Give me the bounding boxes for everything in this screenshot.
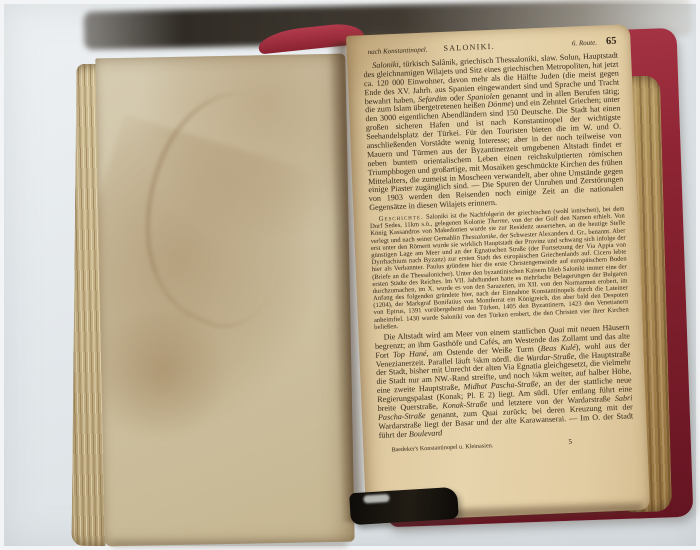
right-text-page: nach Konstantinopel. SALONIKI. 6. Route.… [346,24,650,521]
water-stain [102,311,234,443]
page-content: nach Konstantinopel. SALONIKI. 6. Route.… [346,24,650,521]
left-page-bottom-shadow [112,540,347,547]
signature-number: 5 [568,436,572,445]
footer-imprint: Baedeker's Konstantinopel u. Kleinasien. [391,442,493,453]
header-title: SALONIKI. [443,42,495,53]
header-route: 6. Route. [572,38,597,47]
ribbon-highlight [363,494,389,504]
paragraph-intro: Saloniki, türkisch Salânik, griechisch T… [363,52,624,214]
header-left: nach Konstantinopel. [368,46,428,57]
paragraph-altstadt: Die Altstadt wird am Meer von einem stat… [375,323,634,440]
page-number: 65 [606,36,617,47]
photo-background: nach Konstantinopel. SALONIKI. 6. Route.… [0,0,700,550]
paragraph-history: Geschichte. Saloniki ist die Nachfolgeri… [370,206,630,331]
text-block: Saloniki, türkisch Salânik, griechisch T… [363,52,634,441]
left-blank-page [95,54,354,547]
bookmark-ribbon [349,487,459,526]
